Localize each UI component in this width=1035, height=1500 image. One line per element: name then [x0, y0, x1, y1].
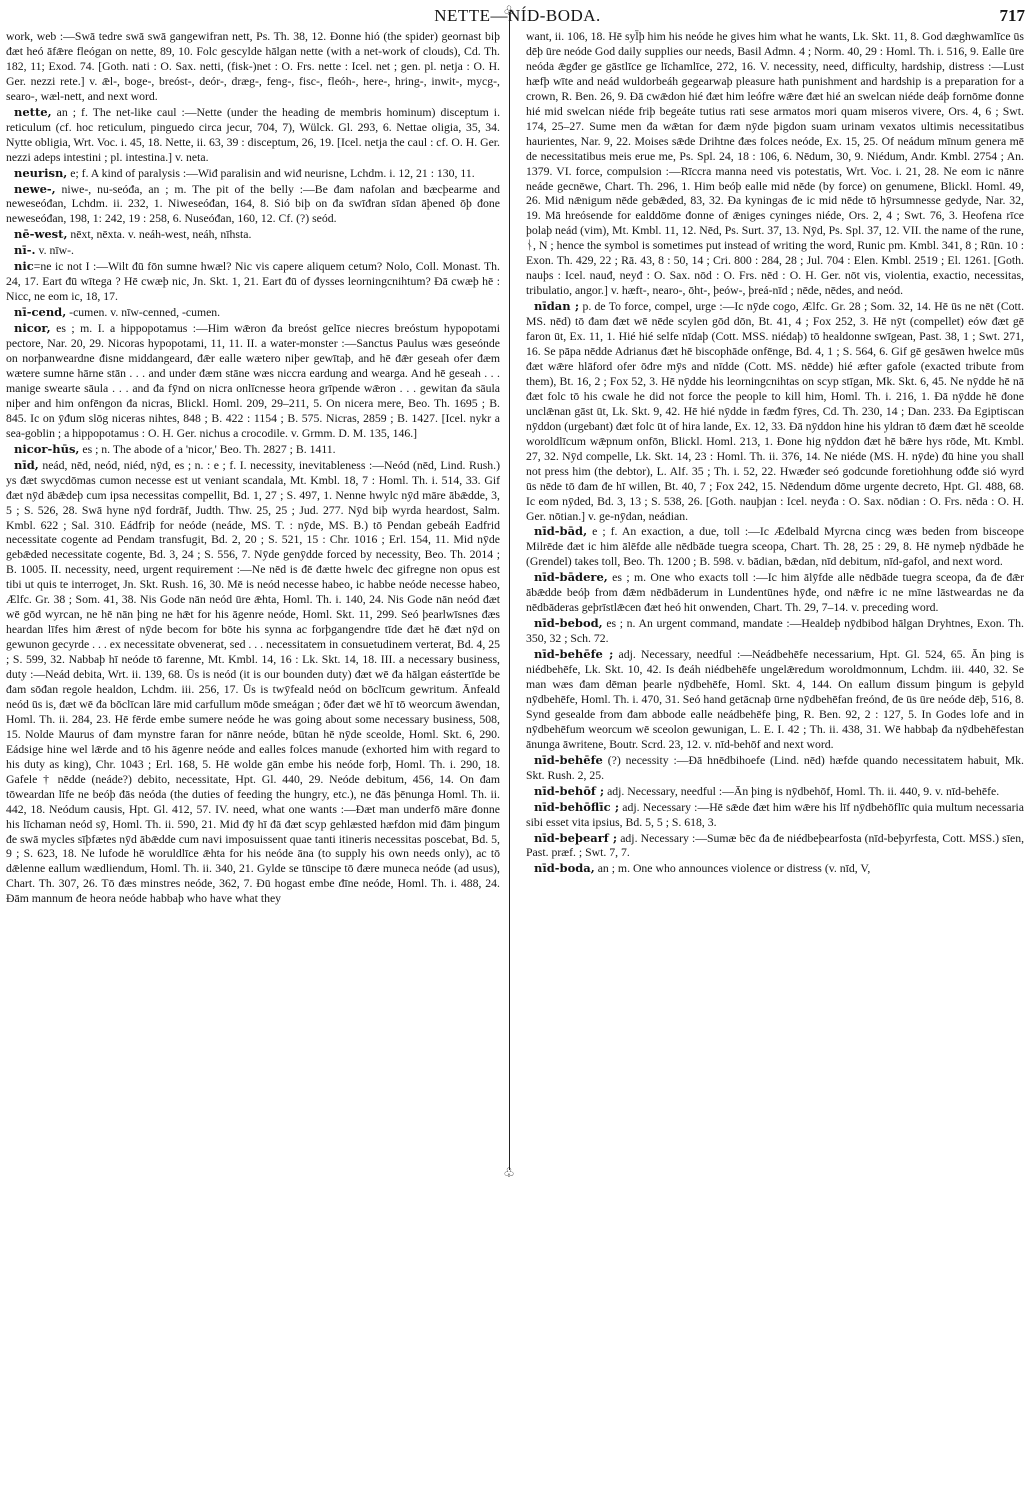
dictionary-entry: nīd-bād, e ; f. An exaction, a due, toll… — [526, 524, 1024, 570]
left-column: work, web :—Swā tedre swā swā gangewifra… — [6, 30, 500, 907]
entry-text: e; f. A kind of paralysis :—Wiđ paralisi… — [70, 167, 474, 180]
entry-text: v. nīw-. — [38, 244, 73, 257]
page-number: 717 — [1000, 6, 1026, 26]
headword: nī-. — [14, 243, 36, 257]
column-divider — [509, 12, 510, 1170]
dictionary-entry: nīd-behēfe ; adj. Necessary, needful :—N… — [526, 647, 1024, 753]
entry-text: =ne ic not I :—Wilt đū fōn sumne hwæl? N… — [6, 260, 500, 303]
entry-text: an ; f. The net-like caul :—Nette (under… — [6, 106, 500, 164]
running-head-title: NETTE—NÍD-BODA. — [0, 6, 1035, 26]
dictionary-entry: newe-, niwe-, nu-seóđa, an ; m. The pit … — [6, 182, 500, 228]
dictionary-entry: nīd-beþearf ; adj. Necessary :—Sumæ bēc … — [526, 831, 1024, 862]
headword: nīd-beþearf ; — [534, 831, 617, 845]
dictionary-entry: nīd-behōf ; adj. Necessary, needful :—Ān… — [526, 784, 1024, 800]
page-header: NETTE—NÍD-BODA. 717 — [0, 6, 1035, 30]
dictionary-entry: nīd-behēfe (?) necessity :—Đā hnēdbihoef… — [526, 753, 1024, 784]
entry-text: nēxt, nēxta. v. neáh-west, neáh, nīhsta. — [70, 228, 251, 241]
headword: nicor, — [14, 321, 51, 335]
headword: nīd-bebod, — [534, 616, 603, 630]
headword: nīd-behōf ; — [534, 784, 604, 798]
dictionary-entry: nē-west, nēxt, nēxta. v. neáh-west, neáh… — [6, 227, 500, 243]
entry-text: neád, nēd, neód, niéd, nȳd, es ; n. : e … — [6, 459, 500, 906]
right-column: want, ii. 106, 18. Hē syl̄þ him his neód… — [526, 30, 1024, 877]
headword: nette, — [14, 105, 52, 119]
column-divider-bottom-ornament-icon: ♧ — [502, 1166, 516, 1180]
dictionary-entry-continuation: work, web :—Swā tedre swā swā gangewifra… — [6, 30, 500, 105]
entry-text: want, ii. 106, 18. Hē syl̄þ him his neód… — [526, 30, 1024, 297]
entry-text: p. de To force, compel, urge :—Ic nȳde c… — [526, 300, 1024, 522]
entry-text: adj. Necessary, needful :—Ān þing is nȳd… — [607, 785, 999, 798]
headword: nīd-behēfe ; — [534, 647, 613, 661]
dictionary-entry: nic=ne ic not I :—Wilt đū fōn sumne hwæl… — [6, 259, 500, 305]
entry-text: e ; f. An exaction, a due, toll :—Ic Æđe… — [526, 525, 1024, 568]
entry-text: work, web :—Swā tedre swā swā gangewifra… — [6, 30, 500, 103]
entry-text: an ; m. One who announces violence or di… — [598, 862, 871, 875]
dictionary-entry-continuation: want, ii. 106, 18. Hē syl̄þ him his neód… — [526, 30, 1024, 299]
headword: nīd-bādere, — [534, 570, 608, 584]
dictionary-entry: nīd-bebod, es ; n. An urgent command, ma… — [526, 616, 1024, 647]
headword: nīd, — [14, 458, 39, 472]
entry-text: niwe-, nu-seóđa, an ; m. The pit of the … — [6, 183, 500, 226]
headword: nīd-bād, — [534, 524, 587, 538]
headword: nē-west, — [14, 227, 67, 241]
headword: nīd-boda, — [534, 861, 595, 875]
entry-text: adj. Necessary, needful :—Neádbehēfe nec… — [526, 648, 1024, 751]
dictionary-entry: nīd-boda, an ; m. One who announces viol… — [526, 861, 1024, 877]
headword: nīdan ; — [534, 299, 579, 313]
headword: nī-cend, — [14, 305, 66, 319]
dictionary-entry: nicor, es ; m. I. a hippopotamus :—Him w… — [6, 321, 500, 442]
dictionary-entry: nette, an ; f. The net-like caul :—Nette… — [6, 105, 500, 166]
dictionary-entry: nī-. v. nīw-. — [6, 243, 500, 259]
headword: nīd-behōflīc ; — [534, 800, 619, 814]
dictionary-entry: nī-cend, -cumen. v. nīw-cenned, -cumen. — [6, 305, 500, 321]
headword: nīd-behēfe — [534, 753, 603, 767]
dictionary-entry: nicor-hūs, es ; n. The abode of a 'nicor… — [6, 442, 500, 458]
dictionary-entry: nīdan ; p. de To force, compel, urge :—I… — [526, 299, 1024, 524]
dictionary-entry: nīd-behōflīc ; adj. Necessary :—Hē sǣde … — [526, 800, 1024, 831]
headword: nic — [14, 259, 34, 273]
headword: newe-, — [14, 182, 56, 196]
dictionary-entry: neurisn, e; f. A kind of paralysis :—Wiđ… — [6, 166, 500, 182]
entry-text: es ; n. The abode of a 'nicor,' Beo. Th.… — [82, 443, 335, 456]
headword: nicor-hūs, — [14, 442, 79, 456]
entry-text: -cumen. v. nīw-cenned, -cumen. — [69, 306, 220, 319]
entry-text: es ; m. I. a hippopotamus :—Him wǣron đa… — [6, 322, 500, 440]
dictionary-entry: nīd-bādere, es ; m. One who exacts toll … — [526, 570, 1024, 616]
headword: neurisn, — [14, 166, 67, 180]
dictionary-entry: nīd, neád, nēd, neód, niéd, nȳd, es ; n.… — [6, 458, 500, 908]
